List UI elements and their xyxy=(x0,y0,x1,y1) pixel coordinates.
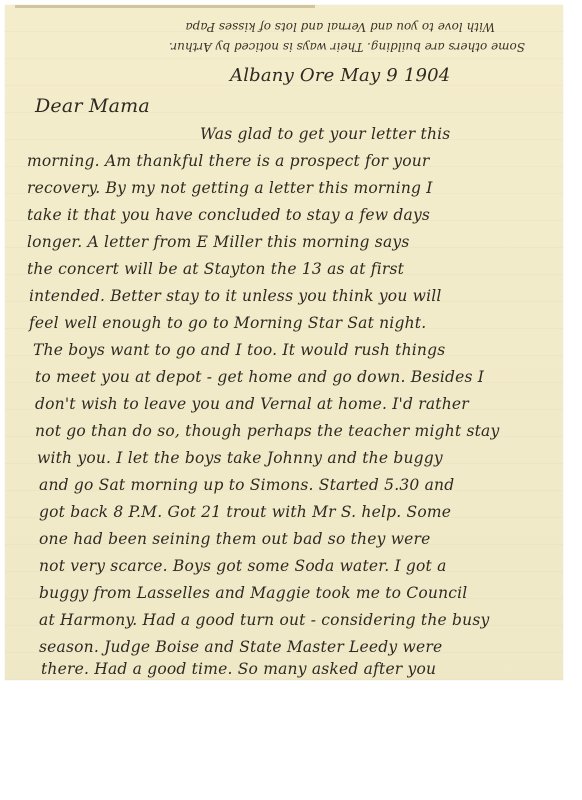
body-line: feel well enough to go to Morning Star S… xyxy=(29,314,426,332)
body-line: not very scarce. Boys got some Soda wate… xyxy=(39,557,447,575)
postscript-line-2: With love to you and Vernal and lots of … xyxy=(45,17,525,37)
dateline: Albany Ore May 9 1904 xyxy=(230,65,450,86)
body-line: recovery. By my not getting a letter thi… xyxy=(27,179,433,197)
body-line: take it that you have concluded to stay … xyxy=(27,206,430,224)
body-line: longer. A letter from E Miller this morn… xyxy=(27,233,410,251)
letter-page: Some others are building. Their ways is … xyxy=(5,5,563,680)
body-line: at Harmony. Had a good turn out - consid… xyxy=(39,611,489,629)
body-line: Was glad to get your letter this xyxy=(200,125,450,143)
paper-stain xyxy=(15,5,315,8)
body-line: don't wish to leave you and Vernal at ho… xyxy=(35,395,469,413)
body-line: the concert will be at Stayton the 13 as… xyxy=(27,260,404,278)
postscript-line-1: Some others are building. Their ways is … xyxy=(45,37,525,57)
body-line: season. Judge Boise and State Master Lee… xyxy=(39,638,442,656)
body-line: The boys want to go and I too. It would … xyxy=(33,341,445,359)
body-line: one had been seining them out bad so the… xyxy=(39,530,431,548)
salutation: Dear Mama xyxy=(35,95,150,117)
body-line: buggy from Lasselles and Maggie took me … xyxy=(39,584,467,602)
body-line: to meet you at depot - get home and go d… xyxy=(35,368,484,386)
body-line: intended. Better stay to it unless you t… xyxy=(29,287,442,305)
body-line: and go Sat morning up to Simons. Started… xyxy=(39,476,454,494)
upside-down-postscript: Some others are building. Their ways is … xyxy=(45,17,525,57)
body-line: with you. I let the boys take Johnny and… xyxy=(37,449,443,467)
body-line: got back 8 P.M. Got 21 trout with Mr S. … xyxy=(39,503,451,521)
body-line: not go than do so, though perhaps the te… xyxy=(35,422,499,440)
body-line: morning. Am thankful there is a prospect… xyxy=(27,152,430,170)
body-line: there. Had a good time. So many asked af… xyxy=(41,660,436,678)
